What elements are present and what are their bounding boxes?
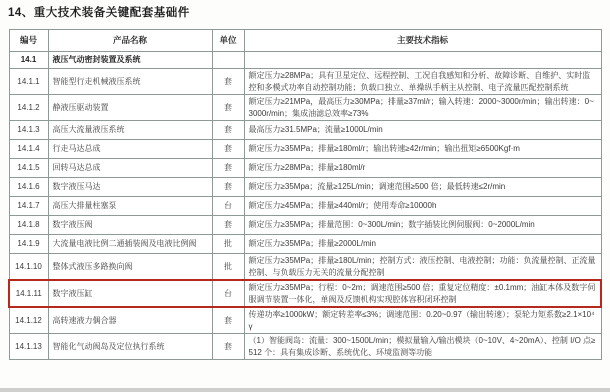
row-unit: 套 [212, 307, 244, 334]
row-code: 14.1 [9, 52, 48, 69]
row-product-name: 数字液压马达 [48, 178, 212, 197]
row-product-name: 液压气动密封装置及系统 [48, 52, 212, 69]
row-unit: 套 [212, 159, 244, 178]
row-product-name: 整体式液压多路换向阀 [48, 254, 212, 281]
row-spec [244, 52, 601, 69]
table-row: 14.1.1智能型行走机械液压系统套额定压力≥28MPa；具有卫星定位、远程控制… [9, 69, 601, 95]
row-code: 14.1.11 [9, 280, 48, 307]
row-spec: 额定压力≥35MPa；排量≥2000L/min [244, 235, 601, 254]
row-product-name: 高转速液力偶合器 [48, 307, 212, 334]
row-unit: 批 [212, 235, 244, 254]
row-code: 14.1.9 [9, 235, 48, 254]
page-bottom-edge [0, 388, 610, 392]
row-product-name: 高压大流量液压系统 [48, 121, 212, 140]
row-code: 14.1.4 [9, 140, 48, 159]
table-row: 14.1.10整体式液压多路换向阀批额定压力≥35MPa；排量≥180L/min… [9, 254, 601, 281]
row-unit: 套 [212, 178, 244, 197]
row-spec: 额定压力≥28MPa；具有卫星定位、远程控制、工况自我感知和分析、故障诊断、自维… [244, 69, 601, 95]
row-product-name: 行走马达总成 [48, 140, 212, 159]
row-unit: 批 [212, 254, 244, 281]
row-product-name: 回转马达总成 [48, 159, 212, 178]
row-code: 14.1.3 [9, 121, 48, 140]
row-code: 14.1.10 [9, 254, 48, 281]
table-row: 14.1.7高压大排量柱塞泵台额定压力≥45MPa；排量≥440ml/r；使用寿… [9, 197, 601, 216]
row-unit: 台 [212, 197, 244, 216]
row-spec: 额定压力≥35MPa；排量≥180L/min；控制方式：液压控制、电液控制；功能… [244, 254, 601, 281]
row-spec: 额定压力≥35MPa；排量范围：0~300L/min；数字插装比例伺服阀：0~2… [244, 216, 601, 235]
table-row: 14.1.3高压大流量液压系统套最高压力≥31.5MPa；流量≥1000L/mi… [9, 121, 601, 140]
row-code: 14.1.1 [9, 69, 48, 95]
row-spec: 额定压力≥45MPa；排量≥440ml/r；使用寿命≥10000h [244, 197, 601, 216]
row-spec: （1）智能阀岛：流量：300~1500L/min；模拟量输入/输出模块（0~10… [244, 334, 601, 360]
table-row: 14.1.9大流量电液比例二通插装阀及电液比例阀批额定压力≥35MPa；排量≥2… [9, 235, 601, 254]
table-row: 14.1.8数字液压阀套额定压力≥35MPa；排量范围：0~300L/min；数… [9, 216, 601, 235]
row-unit: 套 [212, 95, 244, 121]
row-spec: 传递功率≥1000kW；额定转差率≤3%；调速范围：0.20~0.97（输出转速… [244, 307, 601, 334]
table-row: 14.1.2静液压驱动装置套额定压力≥21MPa，最高压力≥30MPa；排量≥3… [9, 95, 601, 121]
row-unit: 套 [212, 69, 244, 95]
row-code: 14.1.2 [9, 95, 48, 121]
row-unit: 套 [212, 216, 244, 235]
row-product-name: 高压大排量柱塞泵 [48, 197, 212, 216]
table-row: 14.1.11数字液压缸台额定压力≥35MPa；行程：0~2m；调速范围≥500… [9, 280, 601, 307]
row-spec: 额定压力≥28MPa；排量≥180ml/r [244, 159, 601, 178]
row-product-name: 大流量电液比例二通插装阀及电液比例阀 [48, 235, 212, 254]
row-spec: 额定压力≥35MPa；排量≥180ml/r；输出转速≥42r/min；输出扭矩≥… [244, 140, 601, 159]
row-code: 14.1.12 [9, 307, 48, 334]
header-code: 编号 [9, 30, 48, 52]
header-unit: 单位 [212, 30, 244, 52]
row-unit: 台 [212, 280, 244, 307]
row-unit [212, 52, 244, 69]
spec-table: 编号 产品名称 单位 主要技术指标 14.1液压气动密封装置及系统14.1.1智… [8, 29, 602, 360]
table-row: 14.1.4行走马达总成套额定压力≥35MPa；排量≥180ml/r；输出转速≥… [9, 140, 601, 159]
header-spec: 主要技术指标 [244, 30, 601, 52]
header-name: 产品名称 [48, 30, 212, 52]
table-body: 14.1液压气动密封装置及系统14.1.1智能型行走机械液压系统套额定压力≥28… [9, 52, 601, 360]
row-spec: 额定压力≥21MPa，最高压力≥30MPa；排量≥37ml/r；输入转速：200… [244, 95, 601, 121]
row-unit: 套 [212, 121, 244, 140]
section-row: 14.1液压气动密封装置及系统 [9, 52, 601, 69]
row-unit: 套 [212, 140, 244, 159]
row-product-name: 智能型行走机械液压系统 [48, 69, 212, 95]
row-unit: 套 [212, 334, 244, 360]
table-row: 14.1.5回转马达总成套额定压力≥28MPa；排量≥180ml/r [9, 159, 601, 178]
row-spec: 额定压力≥35MPa；行程：0~2m；调速范围≥500 倍；重复定位精度：±0.… [244, 280, 601, 307]
row-spec: 最高压力≥31.5MPa；流量≥1000L/min [244, 121, 601, 140]
row-spec: 额定压力≥35Mpa；流量≥125L/min；调速范围≥500 倍；最低转速≤2… [244, 178, 601, 197]
header-row: 编号 产品名称 单位 主要技术指标 [9, 30, 601, 52]
page-title: 14、重大技术装备关键配套基础件 [8, 4, 190, 20]
row-code: 14.1.13 [9, 334, 48, 360]
row-code: 14.1.6 [9, 178, 48, 197]
table-row: 14.1.6数字液压马达套额定压力≥35Mpa；流量≥125L/min；调速范围… [9, 178, 601, 197]
row-product-name: 智能化气动阀岛及定位执行系统 [48, 334, 212, 360]
row-code: 14.1.8 [9, 216, 48, 235]
row-code: 14.1.7 [9, 197, 48, 216]
table-header: 编号 产品名称 单位 主要技术指标 [9, 30, 601, 52]
table-row: 14.1.12高转速液力偶合器套传递功率≥1000kW；额定转差率≤3%；调速范… [9, 307, 601, 334]
row-code: 14.1.5 [9, 159, 48, 178]
row-product-name: 数字液压缸 [48, 280, 212, 307]
row-product-name: 静液压驱动装置 [48, 95, 212, 121]
row-product-name: 数字液压阀 [48, 216, 212, 235]
table-row: 14.1.13智能化气动阀岛及定位执行系统套（1）智能阀岛：流量：300~150… [9, 334, 601, 360]
